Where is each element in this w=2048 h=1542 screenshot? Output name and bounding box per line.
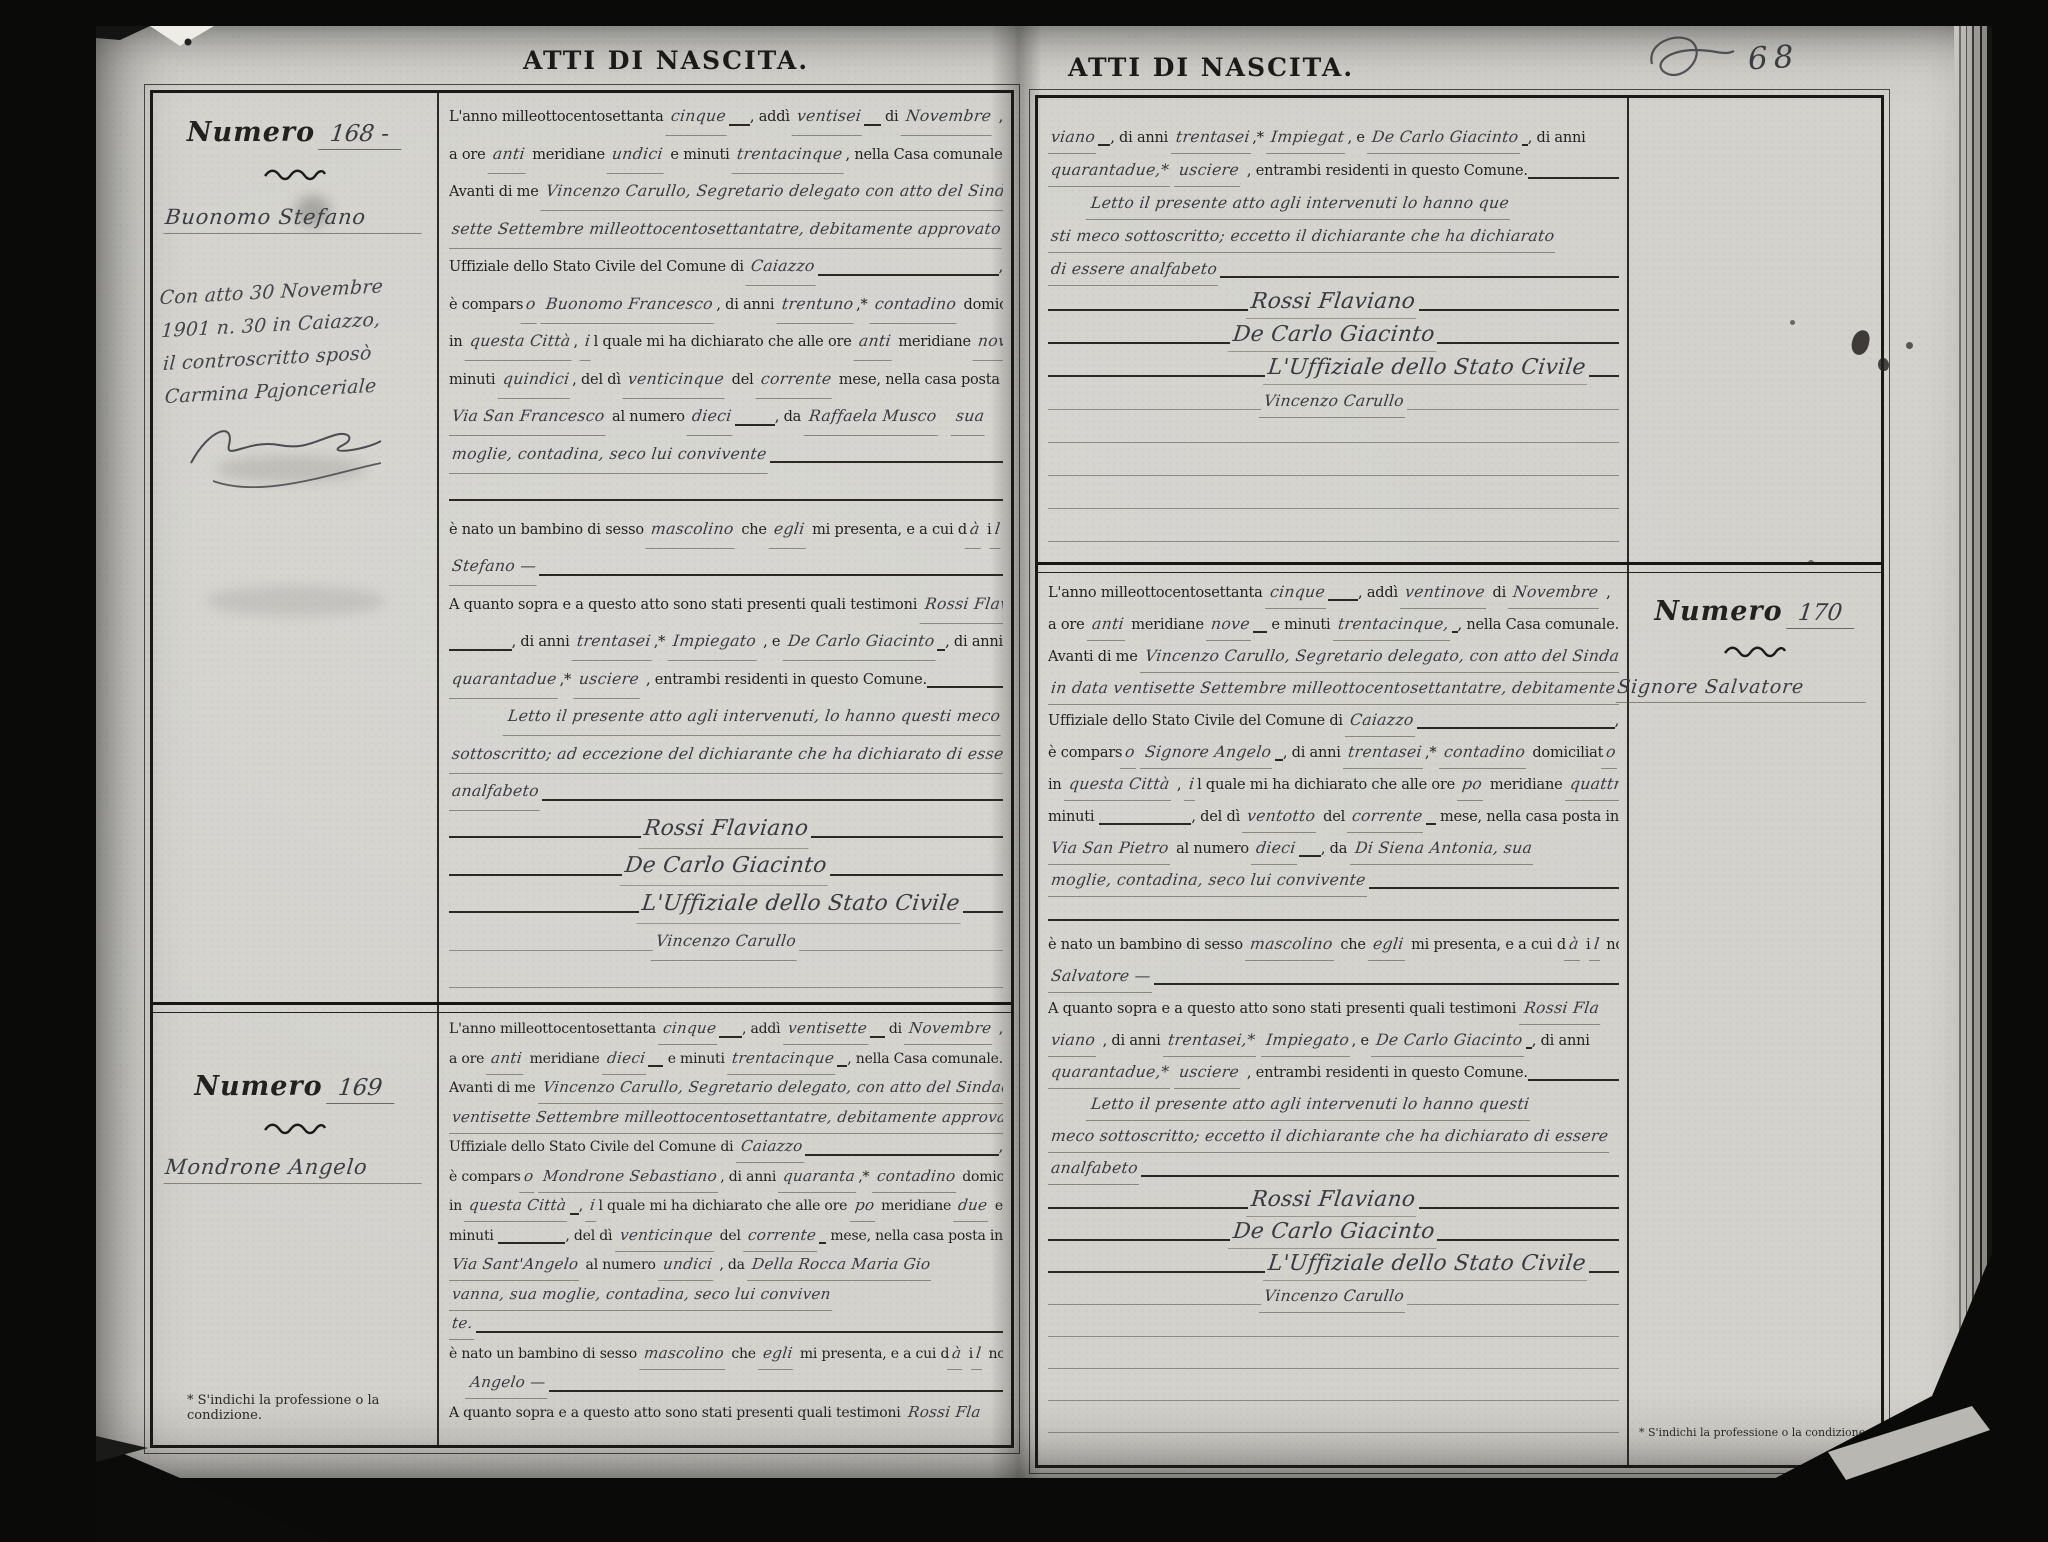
printed-text: Uffiziale dello Stato Civile del Comune … bbox=[449, 1133, 738, 1163]
printed-text: , e bbox=[1352, 1025, 1374, 1057]
ruled-line bbox=[1299, 853, 1321, 857]
ruled-line bbox=[864, 122, 880, 126]
ruled-line bbox=[549, 1388, 1004, 1392]
printed-text: è nato un bambino di sesso bbox=[449, 512, 648, 550]
left-body-column: L'anno milleottocentosettanta cinque, ad… bbox=[439, 93, 1011, 1445]
printed-text: , e bbox=[1348, 122, 1370, 155]
handwritten-text: usciere bbox=[1174, 1056, 1244, 1089]
ruled-line bbox=[1220, 274, 1619, 278]
form-line: minuti quindici, del dì venticinque del … bbox=[449, 360, 1003, 398]
printed-text: al numero bbox=[581, 1251, 660, 1281]
form-line: sette Settembre milleottocentosettantatr… bbox=[449, 210, 1003, 248]
form-line: è comparso Mondrone Sebastiano, di anni … bbox=[449, 1162, 1003, 1192]
printed-text: l quale mi ha dichiarato che alle ore bbox=[594, 324, 856, 362]
printed-text: meridiane bbox=[525, 1045, 604, 1075]
handwritten-text: Caiazzo bbox=[746, 247, 820, 286]
handwritten-signature: Rossi Flaviano bbox=[1246, 285, 1420, 319]
faint-ruled-line bbox=[1048, 1335, 1619, 1337]
handwritten-text: corrente bbox=[743, 1221, 821, 1252]
handwritten-text: sette Settembre milleottocentosettantatr… bbox=[449, 210, 1003, 249]
printed-text: domiciliat bbox=[959, 287, 1003, 325]
printed-text: e minuti bbox=[1267, 609, 1335, 641]
form-line: Vincenzo Carullo bbox=[1048, 384, 1619, 417]
printed-text: , entrambi residenti in questo Comune. bbox=[1242, 1057, 1527, 1089]
form-line: L'anno milleottocentosettanta cinque, ad… bbox=[449, 1014, 1003, 1044]
printed-text: L'anno milleottocentosettanta bbox=[449, 99, 668, 137]
printed-text: domiciliat bbox=[958, 1163, 1003, 1193]
printed-text: ,* bbox=[1425, 737, 1441, 769]
form-line: A quanto sopra e a questo atto sono stat… bbox=[449, 1398, 1003, 1428]
faint-ruled-line bbox=[1407, 1303, 1619, 1305]
ink-blot bbox=[1878, 358, 1889, 371]
form-line: a ore anti meridiane dieci e minuti tren… bbox=[449, 1044, 1003, 1074]
handwritten-text: ventisei bbox=[792, 97, 867, 136]
form-line bbox=[1048, 1408, 1619, 1440]
printed-text: , di anni bbox=[512, 624, 574, 662]
printed-text: meridiane bbox=[877, 1192, 956, 1222]
handwritten-text: po bbox=[1457, 768, 1487, 801]
faint-ruled-line bbox=[449, 986, 1003, 988]
printed-text: al numero bbox=[1172, 833, 1254, 865]
act-169-registrant-name: Mondrone Angelo bbox=[163, 1155, 424, 1184]
handwritten-text: trentasei bbox=[1343, 736, 1427, 769]
handwritten-text: nove bbox=[1206, 608, 1255, 641]
handwritten-text: trentasei bbox=[1170, 120, 1254, 154]
ink-speck bbox=[1790, 320, 1795, 325]
printed-text: mese, nella casa posta in bbox=[826, 1222, 1003, 1252]
page-edges bbox=[1954, 26, 1992, 1478]
handwritten-signature: Rossi Flaviano bbox=[639, 810, 814, 849]
printed-text: l quale mi ha dichiarato che alle ore bbox=[598, 1192, 851, 1222]
scan-background: 68 ATTI DI NASCITA. ATTI DI NASCITA. Num… bbox=[0, 0, 2048, 1542]
handwritten-text: dieci bbox=[1251, 832, 1301, 865]
right-body-column: viano, di anni trentasei,* Impiegat, e D… bbox=[1038, 98, 1629, 1465]
handwritten-text: De Carlo Giacinto bbox=[1367, 120, 1524, 154]
printed-text: , bbox=[1615, 705, 1619, 737]
handwritten-signature: De Carlo Giacinto bbox=[1228, 1216, 1440, 1249]
handwritten-text: Caiazzo bbox=[736, 1132, 807, 1163]
right-margin-column: Numero 170 Signore Salvatore * S'indichi… bbox=[1629, 98, 1881, 1465]
ruled-line bbox=[735, 422, 775, 426]
handwritten-text: trentacinque bbox=[727, 1044, 839, 1075]
faint-ruled-line bbox=[1048, 507, 1619, 509]
printed-text: , di anni bbox=[1528, 122, 1586, 155]
register-spread: 68 ATTI DI NASCITA. ATTI DI NASCITA. Num… bbox=[96, 26, 1992, 1478]
handwritten-text: Impiegato bbox=[667, 622, 761, 661]
handwritten-text: contadino bbox=[1439, 736, 1530, 769]
ruled-line bbox=[449, 872, 622, 876]
printed-text: di bbox=[1488, 577, 1510, 609]
handwritten-text: cinque bbox=[666, 97, 732, 136]
act-separator-rule bbox=[153, 1002, 1011, 1013]
act-170-number: 170 bbox=[1786, 600, 1857, 629]
handwritten-text: meco sottoscritto; eccetto il dichiarant… bbox=[1048, 1120, 1613, 1153]
printed-text: , bbox=[994, 1015, 1003, 1045]
handwritten-text: Vincenzo Carullo, Segretario delegato co… bbox=[541, 172, 1003, 211]
printed-text: , addì bbox=[1358, 577, 1402, 609]
form-line bbox=[1048, 450, 1619, 483]
handwritten-text: analfabeto bbox=[1048, 1152, 1143, 1185]
handwritten-text: trentacinque bbox=[732, 135, 848, 174]
handwritten-text: egli bbox=[758, 1339, 797, 1370]
right-page-title: ATTI DI NASCITA. bbox=[1046, 53, 1376, 82]
printed-text: Uffiziale dello Stato Civile del Comune … bbox=[1048, 705, 1347, 737]
printed-text: , del dì bbox=[1191, 801, 1244, 833]
form-line: Salvatore — bbox=[1048, 960, 1619, 992]
form-line: è nato un bambino di sesso mascolino che… bbox=[449, 1339, 1003, 1369]
handwritten-text: questa Città bbox=[465, 322, 576, 361]
ruled-line bbox=[1098, 142, 1110, 146]
handwritten-text: te. bbox=[449, 1309, 478, 1340]
form-line: Avanti di me Vincenzo Carullo, Segretari… bbox=[449, 172, 1003, 210]
ruled-line bbox=[449, 834, 641, 838]
handwritten-text: quarantadue bbox=[449, 660, 562, 699]
form-line: è nato un bambino di sesso mascolino che… bbox=[1048, 928, 1619, 960]
ruled-line bbox=[1253, 629, 1267, 633]
handwritten-text: Letto il presente atto agli intervenuti … bbox=[1086, 186, 1514, 220]
ruled-line bbox=[1048, 1269, 1265, 1273]
ruled-line bbox=[819, 1240, 826, 1244]
printed-text: a ore bbox=[1048, 609, 1089, 641]
ruled-line bbox=[1589, 1269, 1619, 1273]
ruled-line bbox=[1048, 1205, 1248, 1209]
handwritten-text: mascolino bbox=[1245, 928, 1338, 961]
ruled-line bbox=[449, 909, 639, 913]
form-line: Vincenzo Carullo bbox=[449, 922, 1003, 960]
act-168-number-row: Numero 168 - bbox=[153, 117, 437, 150]
printed-text: che bbox=[737, 512, 771, 550]
form-line bbox=[449, 960, 1003, 998]
printed-text: , entrambi residenti in questo Comune. bbox=[642, 662, 927, 700]
ruled-line bbox=[805, 1152, 999, 1156]
handwritten-text: Via San Francesco bbox=[449, 397, 610, 436]
handwritten-text: Di Siena Antonia, sua bbox=[1350, 832, 1537, 865]
handwritten-text: ventisette Settembre milleottocentosetta… bbox=[449, 1103, 1003, 1134]
printed-text: del bbox=[715, 1222, 745, 1252]
handwritten-text: due bbox=[954, 1191, 993, 1222]
ruled-line bbox=[837, 1063, 847, 1067]
form-line: meco sottoscritto; eccetto il dichiarant… bbox=[1048, 1120, 1619, 1152]
handwritten-text: corrente bbox=[1347, 800, 1428, 833]
printed-text: , nella Casa comunale. bbox=[1458, 609, 1619, 641]
handwritten-text: egli bbox=[769, 510, 810, 549]
form-line bbox=[1048, 1312, 1619, 1344]
form-line: Stefano — bbox=[449, 547, 1003, 585]
handwritten-text: moglie, contadina, seco lui convivente bbox=[449, 435, 772, 474]
ruled-line bbox=[1437, 1237, 1619, 1241]
printed-text: Uffiziale dello Stato Civile del Comune … bbox=[449, 249, 748, 287]
act-168-number: 168 - bbox=[318, 121, 405, 150]
handwritten-text: Via Sant'Angelo bbox=[449, 1250, 583, 1281]
handwritten-text: Via San Pietro bbox=[1048, 832, 1174, 865]
handwritten-text: Vincenzo Carullo bbox=[1258, 384, 1408, 418]
printed-text: , del dì bbox=[572, 362, 625, 400]
form-line: te. bbox=[449, 1309, 1003, 1339]
ruled-line bbox=[927, 684, 1003, 688]
form-line: Via San Pietro al numero dieci, da Di Si… bbox=[1048, 832, 1619, 864]
form-line: L'Uffiziale dello Stato Civile bbox=[1048, 351, 1619, 384]
handwritten-text: contadino bbox=[870, 285, 962, 324]
form-line: in questa Città, il quale mi ha dichiara… bbox=[449, 1191, 1003, 1221]
faint-ruled-line bbox=[1407, 408, 1619, 410]
left-footnote: * S'indichi la professione o la condizio… bbox=[187, 1393, 417, 1423]
marriage-annotation: Con atto 30 Novembre1901 n. 30 in Caiazz… bbox=[156, 268, 437, 414]
ruled-line bbox=[449, 497, 1003, 501]
printed-text: a ore bbox=[449, 1045, 488, 1075]
handwritten-text: ventotto bbox=[1242, 800, 1320, 833]
ruled-line bbox=[870, 1034, 885, 1038]
ruled-line bbox=[539, 572, 1003, 576]
form-line: L'anno milleottocentosettanta cinque, ad… bbox=[449, 97, 1003, 135]
form-line: L'Uffiziale dello Stato Civile bbox=[449, 885, 1003, 923]
ruled-line bbox=[1437, 340, 1619, 344]
printed-text: , bbox=[999, 1133, 1003, 1163]
form-line: De Carlo Giacinto bbox=[449, 847, 1003, 885]
handwritten-text: trentasei,* bbox=[1163, 1024, 1260, 1057]
printed-text: che bbox=[1336, 929, 1370, 961]
printed-text: Avanti di me bbox=[1048, 641, 1142, 673]
handwritten-text: De Carlo Giacinto bbox=[1371, 1024, 1528, 1057]
handwritten-text: quarantadue,* bbox=[1048, 153, 1174, 187]
printed-text: , bbox=[999, 249, 1003, 287]
handwritten-text: cinque bbox=[658, 1014, 721, 1045]
form-line: analfabeto bbox=[1048, 1152, 1619, 1184]
handwritten-text: viano bbox=[1048, 1024, 1100, 1057]
ruled-line bbox=[1275, 757, 1283, 761]
spacer bbox=[449, 1386, 467, 1387]
form-line: De Carlo Giacinto bbox=[1048, 1216, 1619, 1248]
printed-text: , da bbox=[775, 399, 806, 437]
form-line: è nato un bambino di sesso mascolino che… bbox=[449, 510, 1003, 548]
flourish-squiggle-icon bbox=[263, 167, 327, 181]
faint-ruled-line bbox=[799, 949, 1003, 951]
ruled-line bbox=[1369, 885, 1619, 889]
ruled-line bbox=[648, 1063, 663, 1067]
handwritten-text: venticinque bbox=[623, 360, 730, 399]
printed-text: , bbox=[1602, 577, 1611, 609]
handwritten-text: quattro bbox=[1565, 768, 1619, 801]
paraph-flourish-icon bbox=[1644, 28, 1740, 88]
form-line: minuti , del dì venticinque del corrente… bbox=[449, 1221, 1003, 1251]
handwritten-text: undici bbox=[607, 135, 669, 174]
handwritten-text: Vincenzo Carullo bbox=[1258, 1280, 1408, 1313]
faint-ruled-line bbox=[1048, 1367, 1619, 1369]
form-line: quarantadue,* usciere , entrambi residen… bbox=[449, 660, 1003, 698]
ruled-line bbox=[719, 1034, 742, 1038]
printed-text: , entrambi residenti in questo Comune. bbox=[1242, 155, 1527, 188]
printed-text: di bbox=[881, 99, 903, 137]
form-line: Angelo — bbox=[449, 1368, 1003, 1398]
form-line: De Carlo Giacinto bbox=[1048, 318, 1619, 351]
spacer bbox=[1048, 207, 1088, 208]
handwritten-text: nove bbox=[973, 322, 1003, 361]
form-line: Avanti di me Vincenzo Carullo, Segretari… bbox=[1048, 640, 1619, 672]
form-line: di essere analfabeto bbox=[1048, 252, 1619, 285]
printed-text: L'anno milleottocentosettanta bbox=[449, 1015, 660, 1045]
handwritten-text: corrente bbox=[756, 360, 837, 399]
printed-text: meridiane bbox=[1485, 769, 1566, 801]
handwritten-text: Novembre bbox=[904, 1014, 996, 1045]
handwritten-text: trentuno bbox=[776, 285, 858, 324]
ruled-line bbox=[1528, 1077, 1619, 1081]
printed-text: , di anni bbox=[1532, 1025, 1590, 1057]
faint-ruled-line bbox=[449, 949, 653, 951]
printed-text: minuti bbox=[449, 362, 500, 400]
faint-ruled-line bbox=[1048, 1431, 1619, 1433]
handwritten-text: Letto il presente atto agli intervenuti,… bbox=[502, 697, 1003, 736]
printed-text: nom bbox=[984, 1340, 1003, 1370]
printed-text: domiciliat bbox=[1528, 737, 1603, 769]
faint-ruled-line bbox=[1048, 474, 1619, 476]
handwritten-text: anti bbox=[487, 1044, 528, 1075]
handwritten-text: quaranta bbox=[779, 1162, 861, 1193]
form-line: Letto il presente atto agli intervenuti … bbox=[1048, 1088, 1619, 1120]
handwritten-text: questa Città bbox=[1064, 768, 1175, 801]
handwritten-signature: L'Uffiziale dello Stato Civile bbox=[1263, 351, 1591, 385]
act-168-text: L'anno milleottocentosettanta cinque, ad… bbox=[449, 97, 1003, 997]
form-line: Via Sant'Angelo al numero undici , da De… bbox=[449, 1250, 1003, 1280]
form-line: Rossi Flaviano bbox=[1048, 285, 1619, 318]
printed-text: A quanto sopra e a questo atto sono stat… bbox=[449, 1399, 905, 1428]
ruled-line bbox=[1417, 725, 1615, 729]
faint-ruled-line bbox=[1048, 1303, 1261, 1305]
handwritten-text: dieci bbox=[602, 1044, 650, 1075]
handwritten-text: Buonomo Francesco bbox=[541, 285, 719, 324]
handwritten-text: Vincenzo Carullo, Segretario delegato, c… bbox=[1140, 640, 1619, 673]
printed-text: meridiane bbox=[1127, 609, 1208, 641]
ruled-line bbox=[1154, 981, 1619, 985]
printed-text: A quanto sopra e a questo atto sono stat… bbox=[449, 587, 922, 625]
faint-ruled-line bbox=[1048, 441, 1619, 443]
printed-text: , da bbox=[715, 1251, 749, 1281]
printed-text: , di anni bbox=[1098, 1025, 1165, 1057]
printed-text: , di anni bbox=[716, 287, 778, 325]
form-line: Uffiziale dello Stato Civile del Comune … bbox=[1048, 704, 1619, 736]
printed-text: Avanti di me bbox=[449, 1074, 540, 1104]
printed-text: , addì bbox=[750, 99, 794, 137]
folio-number: 68 bbox=[1747, 39, 1800, 78]
handwritten-text: à bbox=[947, 1339, 966, 1370]
printed-text: , nella Casa comunale. bbox=[847, 1045, 1003, 1075]
form-line: in data ventisette Settembre milleottoce… bbox=[1048, 672, 1619, 704]
printed-text: , di anni bbox=[1283, 737, 1345, 769]
form-line: L'Uffiziale dello Stato Civile bbox=[1048, 1248, 1619, 1280]
ruled-line bbox=[498, 1240, 565, 1244]
handwritten-text: mascolino bbox=[646, 510, 739, 549]
printed-text: , di anni bbox=[1110, 122, 1172, 155]
form-line: , di anni trentasei,* Impiegato , e De C… bbox=[449, 622, 1003, 660]
handwritten-text: anti bbox=[854, 322, 897, 361]
act-169-text: L'anno milleottocentosettanta cinque, ad… bbox=[449, 1014, 1003, 1427]
handwritten-text: Rossi Flaviano bbox=[919, 585, 1003, 624]
printed-text: è nato un bambino di sesso bbox=[449, 1340, 641, 1370]
act-169-number: 169 bbox=[326, 1075, 397, 1104]
form-line bbox=[1048, 483, 1619, 516]
handwritten-text: Vincenzo Carullo bbox=[651, 922, 802, 961]
act-170-text: L'anno milleottocentosettanta cinque, ad… bbox=[1048, 576, 1619, 1440]
handwritten-text: sti meco sottoscritto; eccetto il dichia… bbox=[1048, 219, 1560, 253]
form-line: Rossi Flaviano bbox=[449, 810, 1003, 848]
ruled-line bbox=[1419, 307, 1619, 311]
printed-text: è compars bbox=[449, 287, 523, 325]
handwritten-text: Mondrone Sebastiano bbox=[538, 1162, 722, 1193]
handwritten-text: Vincenzo Carullo, Segretario delegato, c… bbox=[538, 1073, 1003, 1104]
handwritten-text: sua bbox=[951, 397, 990, 436]
form-line: è comparso Buonomo Francesco, di anni tr… bbox=[449, 285, 1003, 323]
handwritten-text: Rossi Fla bbox=[1519, 992, 1604, 1025]
handwritten-text: Signore Angelo bbox=[1140, 736, 1276, 769]
form-line: viano, di anni trentasei,* Impiegat, e D… bbox=[1048, 120, 1619, 153]
spacer bbox=[1048, 1108, 1088, 1109]
ruled-line bbox=[729, 122, 750, 126]
form-line: A quanto sopra e a questo atto sono stat… bbox=[1048, 992, 1619, 1024]
numero-label: Numero bbox=[1654, 596, 1782, 627]
printed-text: che bbox=[727, 1340, 760, 1370]
handwritten-text: De Carlo Giacinto bbox=[782, 622, 939, 661]
numero-label: Numero bbox=[187, 117, 315, 148]
handwritten-text: Raffaela Musco bbox=[803, 397, 941, 436]
form-line: Vincenzo Carullo bbox=[1048, 1280, 1619, 1312]
form-line bbox=[1048, 516, 1619, 549]
flourish-squiggle-icon bbox=[263, 1121, 327, 1135]
handwritten-text: venticinque bbox=[615, 1221, 718, 1252]
ruled-line bbox=[1589, 373, 1619, 377]
printed-text: è nato un bambino di sesso bbox=[1048, 929, 1247, 961]
ruled-line bbox=[937, 647, 945, 651]
handwritten-text: in data ventisette Settembre milleottoce… bbox=[1048, 672, 1619, 705]
printed-text: L'anno milleottocentosettanta bbox=[1048, 577, 1267, 609]
handwritten-signature: L'Uffiziale dello Stato Civile bbox=[1263, 1248, 1591, 1281]
handwritten-text: Rossi Fla bbox=[903, 1398, 985, 1428]
form-line: Rossi Flaviano bbox=[1048, 1184, 1619, 1216]
handwritten-text: anti bbox=[488, 135, 531, 174]
folio-number-area: 68 bbox=[1644, 28, 1799, 88]
ruled-line bbox=[1048, 917, 1619, 921]
form-line: Letto il presente atto agli intervenuti,… bbox=[449, 697, 1003, 735]
handwritten-text: quindici bbox=[497, 360, 574, 399]
printed-text: e minuti bbox=[666, 137, 734, 175]
ruled-line bbox=[963, 909, 1003, 913]
form-line: moglie, contadina, seco lui convivente bbox=[1048, 864, 1619, 896]
printed-text: meridiane bbox=[528, 137, 609, 175]
handwritten-text: contadino bbox=[872, 1162, 960, 1193]
form-line: sottoscritto; ad eccezione del dichiaran… bbox=[449, 735, 1003, 773]
annotation-signature-flourish bbox=[183, 411, 393, 503]
ruled-line bbox=[1426, 821, 1436, 825]
handwritten-signature: De Carlo Giacinto bbox=[1228, 318, 1440, 352]
printed-text: del bbox=[1319, 801, 1350, 833]
printed-text: in bbox=[1048, 769, 1066, 801]
form-line: Uffiziale dello Stato Civile del Comune … bbox=[449, 247, 1003, 285]
act-169-continuation-text: viano, di anni trentasei,* Impiegat, e D… bbox=[1048, 120, 1619, 549]
handwritten-text: Salvatore — bbox=[1048, 960, 1156, 993]
printed-text: minuti bbox=[1048, 801, 1099, 833]
printed-text: è compars bbox=[1048, 737, 1122, 769]
act-separator-rule bbox=[1038, 562, 1881, 573]
act-170-number-row: Numero 170 bbox=[1629, 596, 1881, 629]
printed-text: del bbox=[727, 362, 758, 400]
printed-text: ,* bbox=[560, 662, 576, 700]
ruled-line bbox=[1048, 1237, 1230, 1241]
form-line: a ore anti meridiane nove e minuti trent… bbox=[1048, 608, 1619, 640]
handwritten-text: Novembre bbox=[901, 97, 997, 136]
form-line: a ore anti meridiane undici e minuti tre… bbox=[449, 135, 1003, 173]
printed-text: Avanti di me bbox=[449, 174, 543, 212]
form-line: A quanto sopra e a questo atto sono stat… bbox=[449, 585, 1003, 623]
printed-text: mi presenta, e a cui d bbox=[1407, 929, 1566, 961]
left-page-title: ATTI DI NASCITA. bbox=[506, 46, 826, 75]
printed-text: , e bbox=[759, 624, 785, 662]
